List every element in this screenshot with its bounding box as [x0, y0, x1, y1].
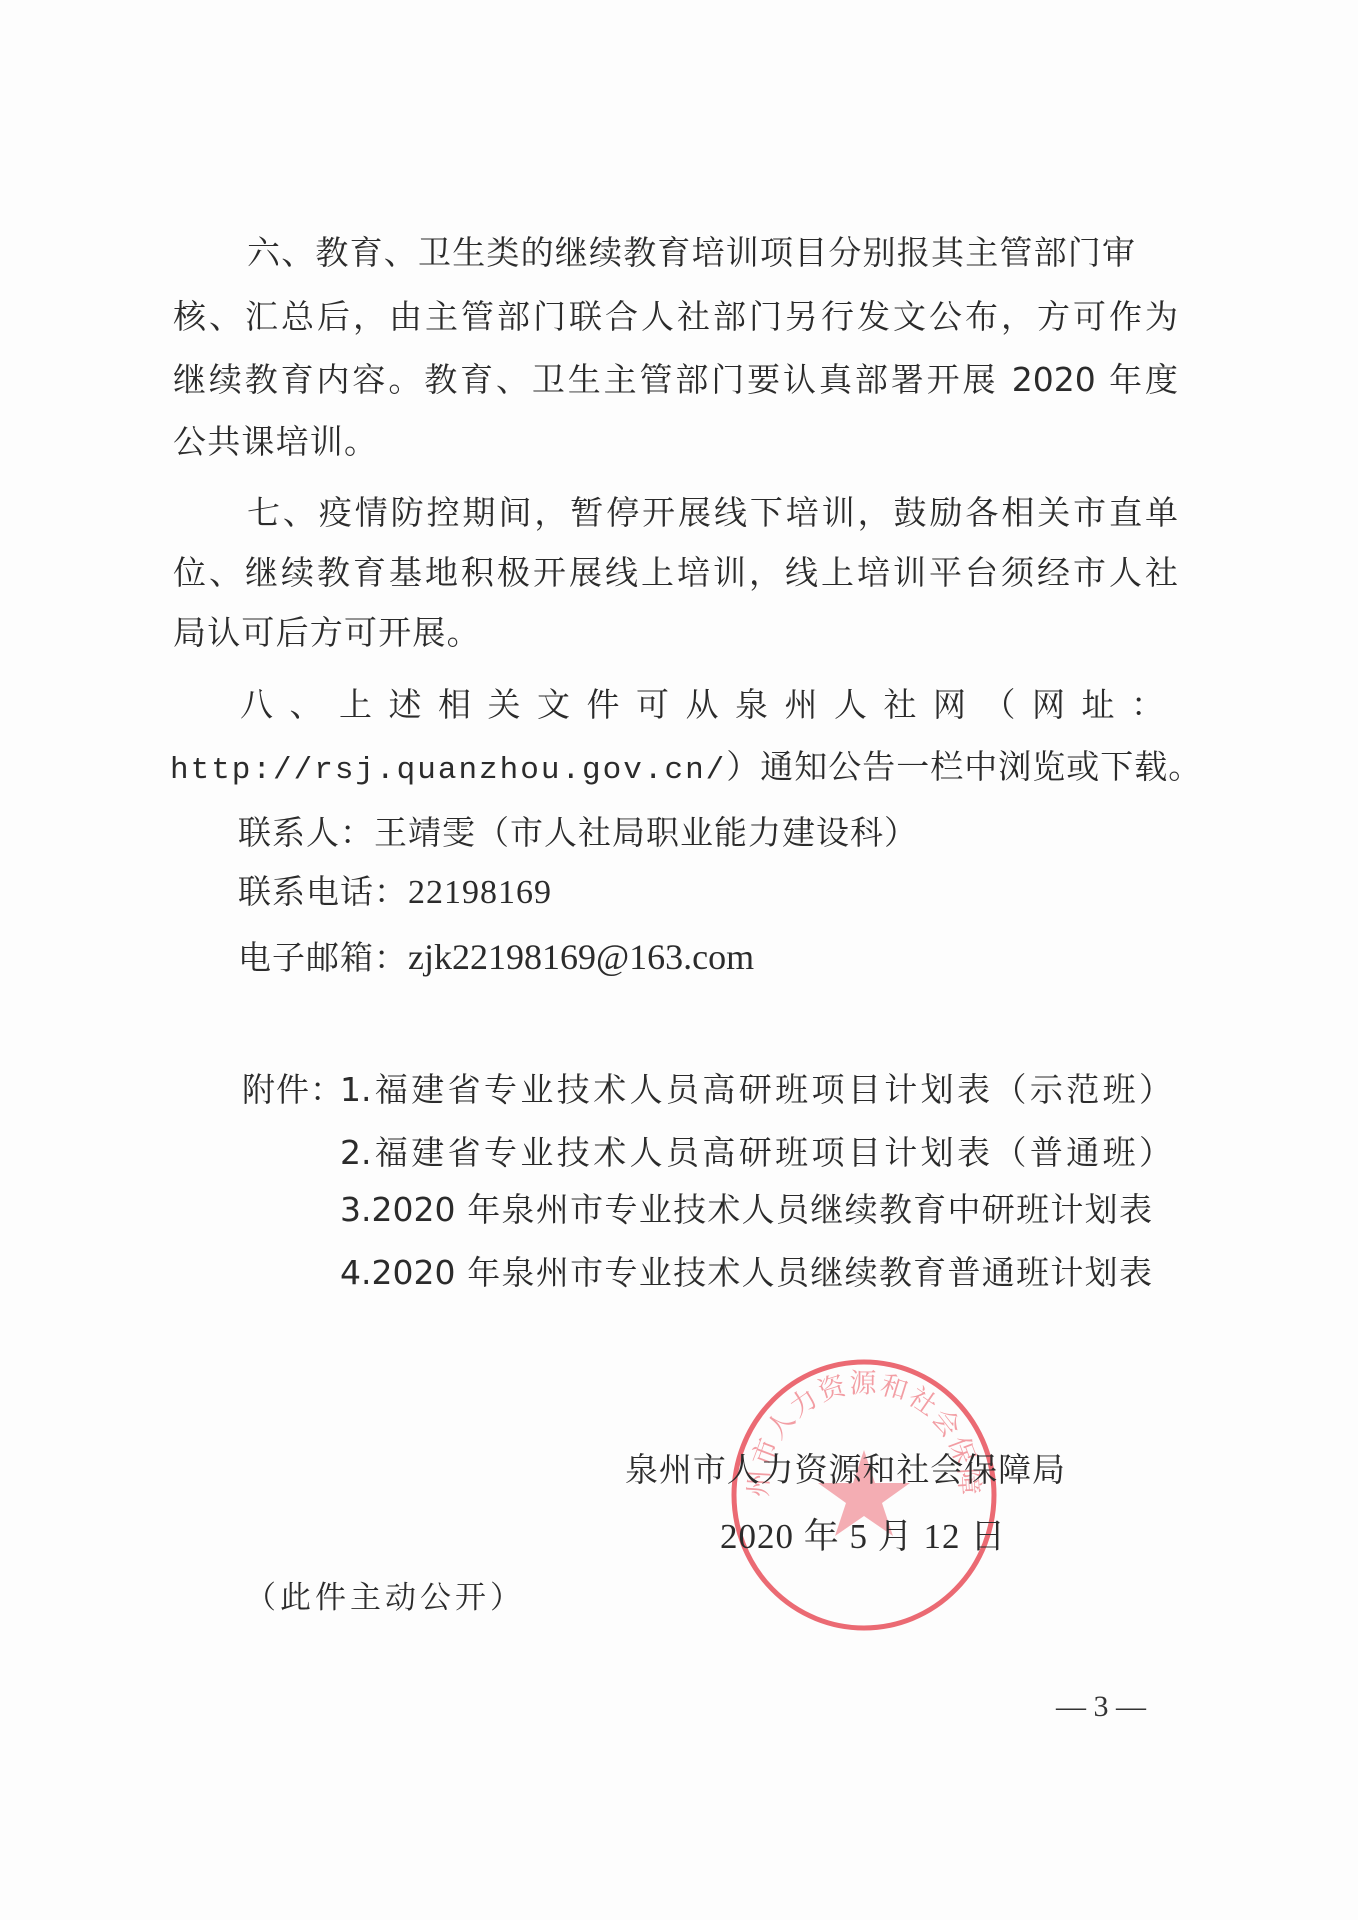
- paragraph-8-line-2: http://rsj.quanzhou.gov.cn/）通知公告一栏中浏览或下载…: [170, 747, 1202, 787]
- contact-email: 电子邮箱：zjk22198169@163.com: [238, 937, 754, 977]
- attachment-item-3[interactable]: 3.2020 年泉州市专业技术人员继续教育中研班计划表: [340, 1190, 1152, 1230]
- paragraph-7-line-3: 局认可后方可开展。: [173, 613, 481, 653]
- signature-date: 2020 年 5 月 12 日: [720, 1517, 1006, 1557]
- page-number: — 3 —: [1056, 1690, 1146, 1724]
- signature-organization: 泉州市人力资源和社会保障局: [625, 1450, 1065, 1490]
- contact-phone-value: 22198169: [408, 874, 552, 911]
- official-seal-icon: 泉州市人力资源和社会保障局: [730, 1358, 998, 1632]
- contact-person: 联系人：王靖雯（市人社局职业能力建设科）: [238, 813, 918, 853]
- paragraph-6-line-2: 核、汇总后，由主管部门联合人社部门另行发文公布，方可作为: [173, 297, 1178, 337]
- website-url-link[interactable]: http://rsj.quanzhou.gov.cn/: [170, 753, 726, 788]
- document-page: 六、教育、卫生类的继续教育培训项目分别报其主管部门审 核、汇总后，由主管部门联合…: [0, 0, 1358, 1920]
- paragraph-6-line-1: 六、教育、卫生类的继续教育培训项目分别报其主管部门审: [247, 233, 1178, 273]
- contact-person-label: 联系人：: [238, 813, 374, 852]
- disclosure-note: （此件主动公开）: [245, 1578, 525, 1618]
- contact-email-link[interactable]: zjk22198169@163.com: [408, 937, 754, 977]
- contact-phone: 联系电话：22198169: [238, 872, 552, 912]
- attachment-item-2[interactable]: 2.福建省专业技术人员高研班项目计划表（普通班）: [340, 1133, 1172, 1173]
- paragraph-6-line-4: 公共课培训。: [173, 422, 378, 462]
- contact-phone-label: 联系电话：: [238, 872, 408, 911]
- attachment-item-4[interactable]: 4.2020 年泉州市专业技术人员继续教育普通班计划表: [340, 1253, 1152, 1293]
- attachments-label: 附件：: [242, 1070, 344, 1110]
- paragraph-7-line-1: 七、疫情防控期间，暂停开展线下培训，鼓励各相关市直单: [247, 493, 1178, 533]
- paragraph-6-line-3: 继续教育内容。教育、卫生主管部门要认真部署开展 2020 年度: [173, 360, 1178, 400]
- attachment-item-1[interactable]: 1.福建省专业技术人员高研班项目计划表（示范班）: [340, 1070, 1172, 1110]
- paragraph-7-line-2: 位、继续教育基地积极开展线上培训，线上培训平台须经市人社: [173, 553, 1178, 593]
- contact-email-label: 电子邮箱：: [238, 938, 408, 977]
- contact-person-value: 王靖雯（市人社局职业能力建设科）: [374, 813, 918, 852]
- paragraph-8-line-2-rest: ）通知公告一栏中浏览或下载。: [726, 747, 1202, 786]
- paragraph-8-line-1: 八、上述相关文件可从泉州人社网（网址：: [240, 685, 1178, 725]
